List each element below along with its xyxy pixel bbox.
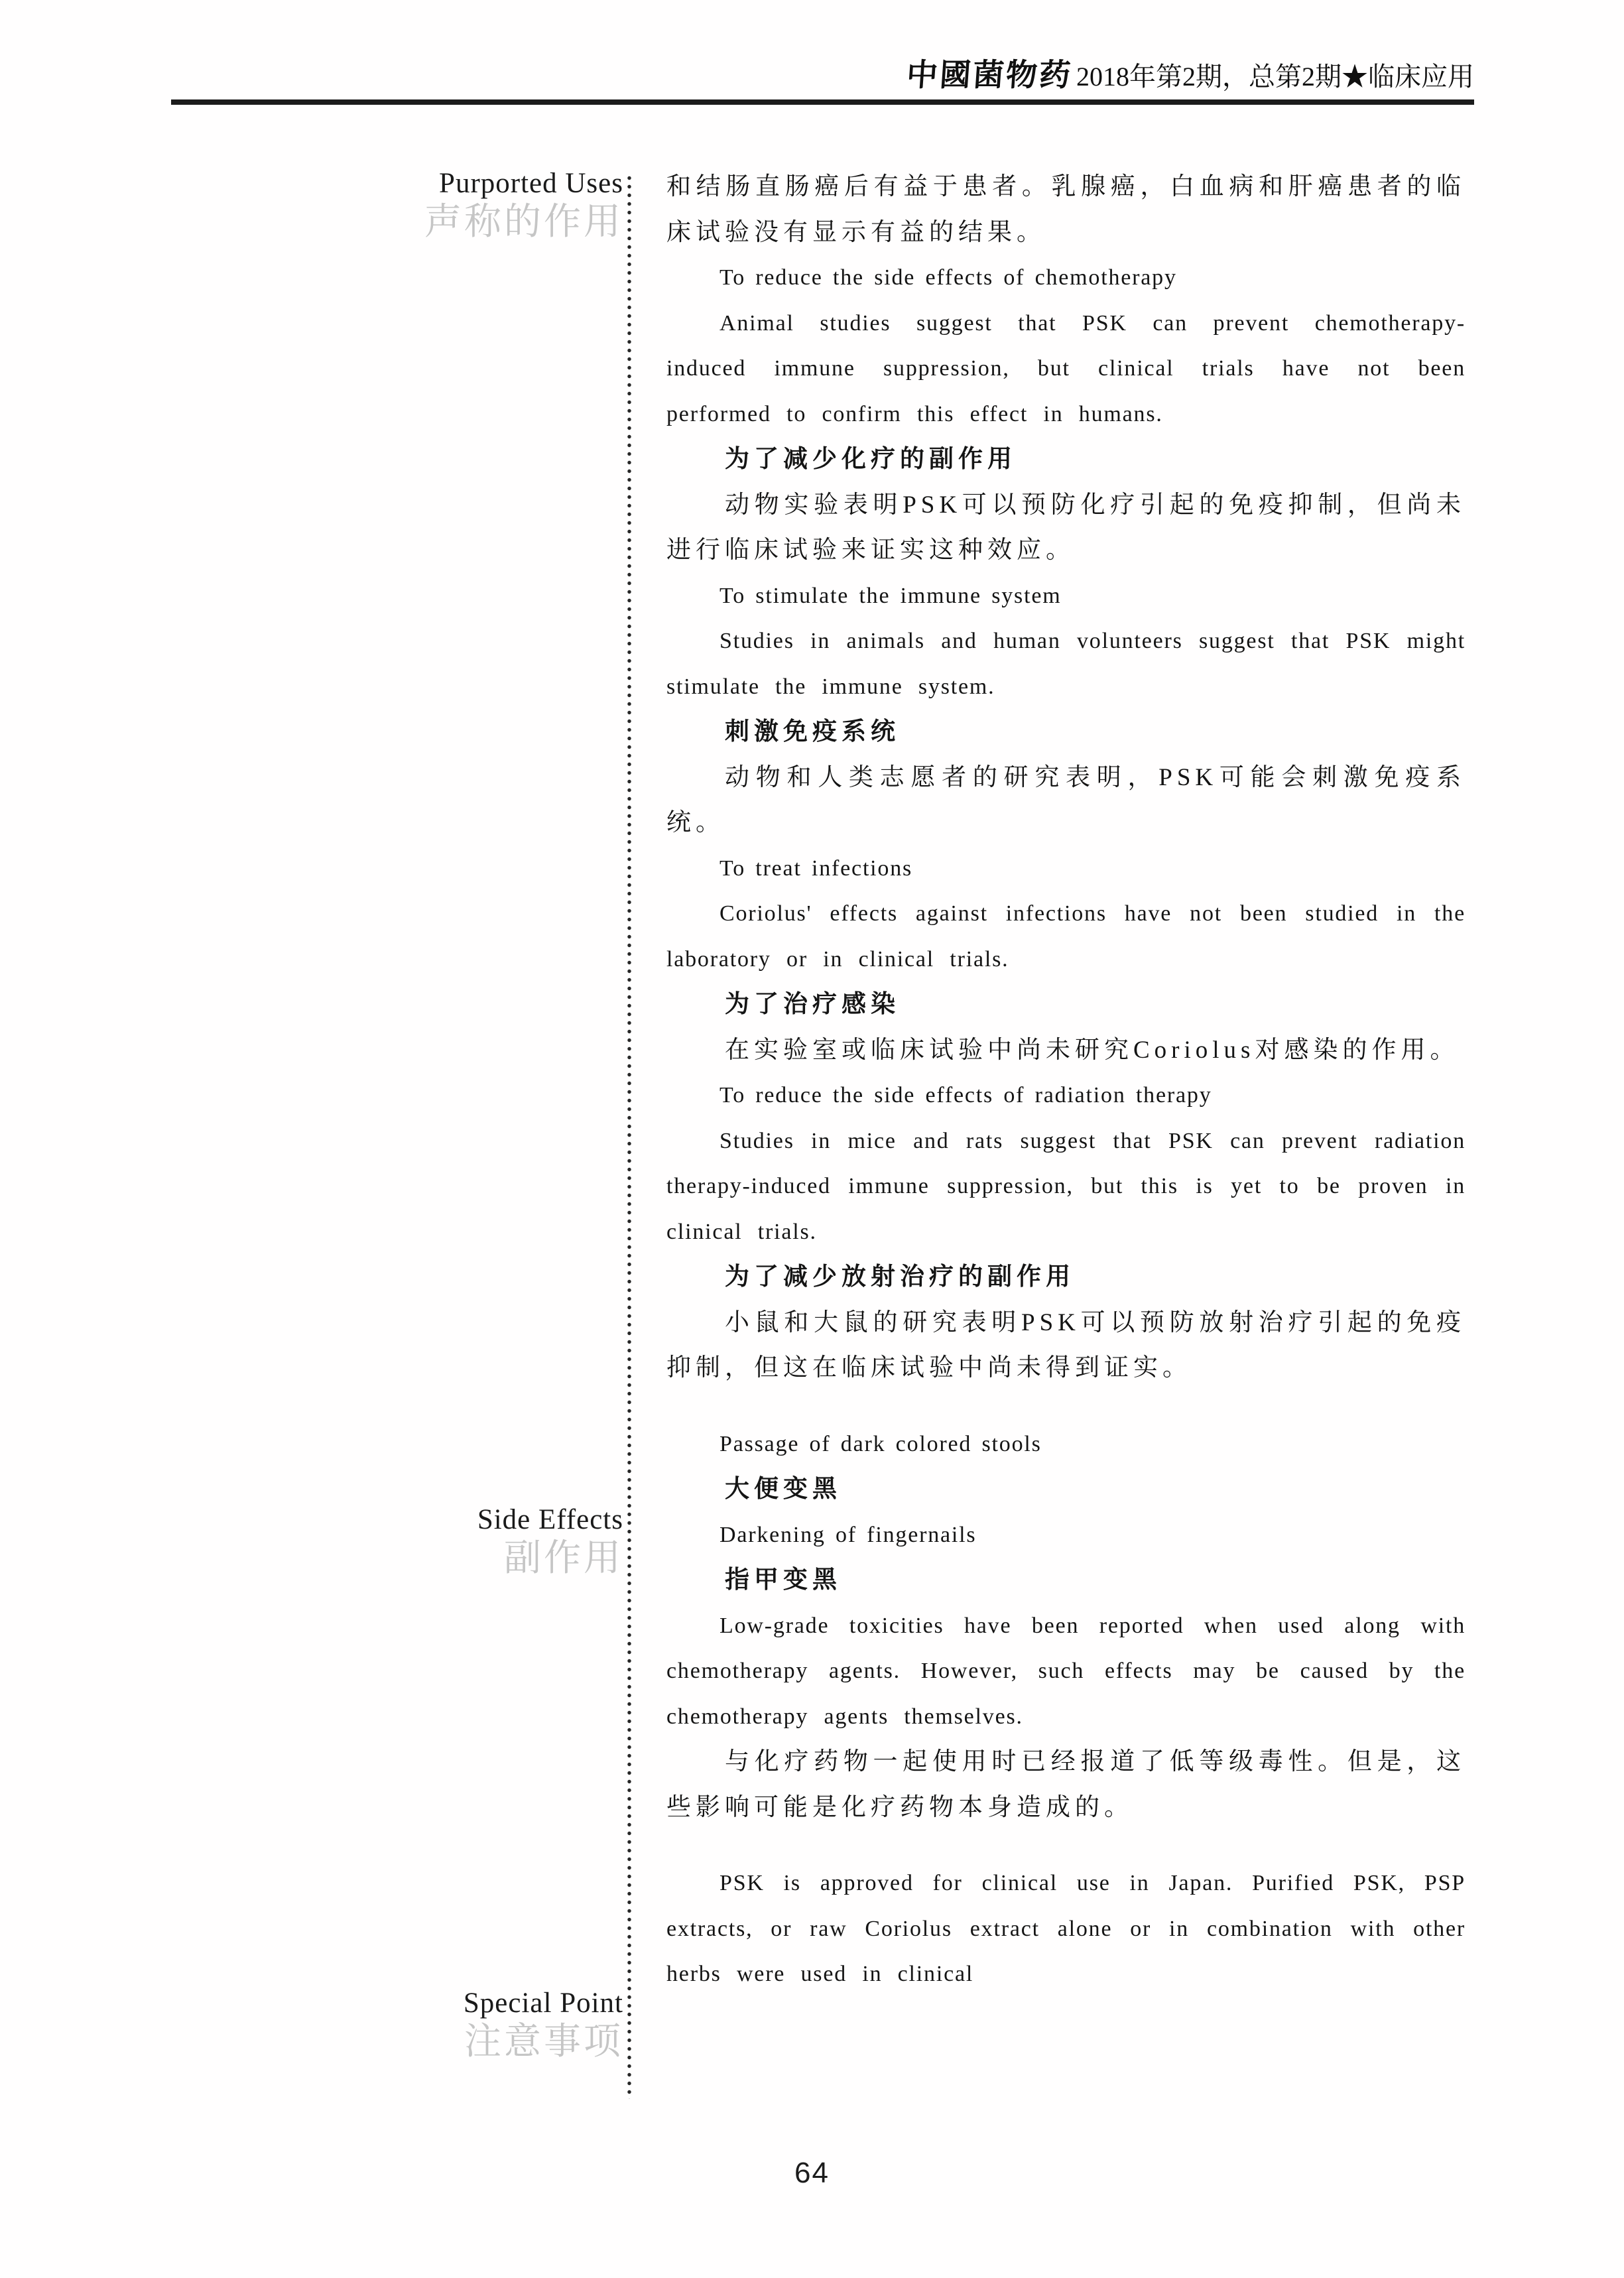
paragraph-heading: To reduce the side effects of chemothera… [666,255,1466,301]
paragraph: Low-grade toxicities have been reported … [666,1604,1466,1740]
label-zh: 注意事项 [464,2023,623,2061]
label-zh: 声称的作用 [424,203,623,241]
label-en: Side Effects [477,1502,623,1538]
paragraph-heading: To reduce the side effects of radiation … [666,1073,1466,1119]
page-header: 中國菌物药2018年第2期，总第2期★临床应用 [906,57,1474,95]
paragraph-heading: 大便变黑 [666,1467,1466,1513]
paragraph: 在实验室或临床试验中尚未研究Coriolus对感染的作用。 [666,1028,1466,1074]
paragraph: Studies in mice and rats suggest that PS… [666,1119,1466,1255]
paragraph: 小鼠和大鼠的研究表明PSK可以预防放射治疗引起的免疫抑制，但这在临床试验中尚未得… [666,1300,1466,1391]
paragraph-heading: 为了减少放射治疗的副作用 [666,1255,1466,1300]
paragraph-heading: 指甲变黑 [666,1558,1466,1604]
paragraph: Studies in animals and human volunteers … [666,619,1466,710]
margin-label-special-point: Special Point 注意事项 [464,1986,623,2061]
paragraph-heading: 为了减少化疗的副作用 [666,437,1466,483]
text-section: Passage of dark colored stools大便变黑Darken… [666,1422,1466,1831]
paragraph: PSK is approved for clinical use in Japa… [666,1861,1466,1997]
paragraph: 和结肠直肠癌后有益于患者。乳腺癌，白血病和肝癌患者的临床试验没有显示有益的结果。 [666,164,1466,255]
paragraph-heading: 为了治疗感染 [666,982,1466,1028]
margin-label-side-effects: Side Effects 副作用 [477,1502,623,1578]
text-section: PSK is approved for clinical use in Japa… [666,1861,1466,1997]
page-number: 64 [0,2157,1624,2190]
paragraph: Animal studies suggest that PSK can prev… [666,301,1466,438]
label-en: Purported Uses [424,166,623,202]
paragraph-heading: To treat infections [666,846,1466,892]
label-zh: 副作用 [477,1539,623,1578]
paragraph: 与化疗药物一起使用时已经报道了低等级毒性。但是，这些影响可能是化疗药物本身造成的… [666,1740,1466,1830]
paragraph-heading: Passage of dark colored stools [666,1422,1466,1468]
gutter-dotted-line [627,174,631,2099]
paragraph: 动物实验表明PSK可以预防化疗引起的免疫抑制，但尚未进行临床试验来证实这种效应。 [666,483,1466,574]
journal-name: 中國菌物药 [905,57,1074,94]
body-text-column: 和结肠直肠癌后有益于患者。乳腺癌，白血病和肝癌患者的临床试验没有显示有益的结果。… [666,164,1466,1997]
margin-label-purported-uses: Purported Uses 声称的作用 [424,166,623,241]
journal-page: 中國菌物药2018年第2期，总第2期★临床应用 Purported Uses 声… [0,0,1624,2278]
paragraph-heading: 刺激免疫系统 [666,710,1466,755]
paragraph-heading: Darkening of fingernails [666,1513,1466,1558]
header-rule [171,99,1474,105]
text-section: 和结肠直肠癌后有益于患者。乳腺癌，白血病和肝癌患者的临床试验没有显示有益的结果。… [666,164,1466,1391]
paragraph: Coriolus' effects against infections hav… [666,891,1466,982]
label-en: Special Point [464,1986,623,2021]
issue-info: 2018年第2期，总第2期★临床应用 [1076,62,1474,92]
paragraph: 动物和人类志愿者的研究表明，PSK可能会刺激免疫系统。 [666,755,1466,846]
paragraph-heading: To stimulate the immune system [666,574,1466,619]
